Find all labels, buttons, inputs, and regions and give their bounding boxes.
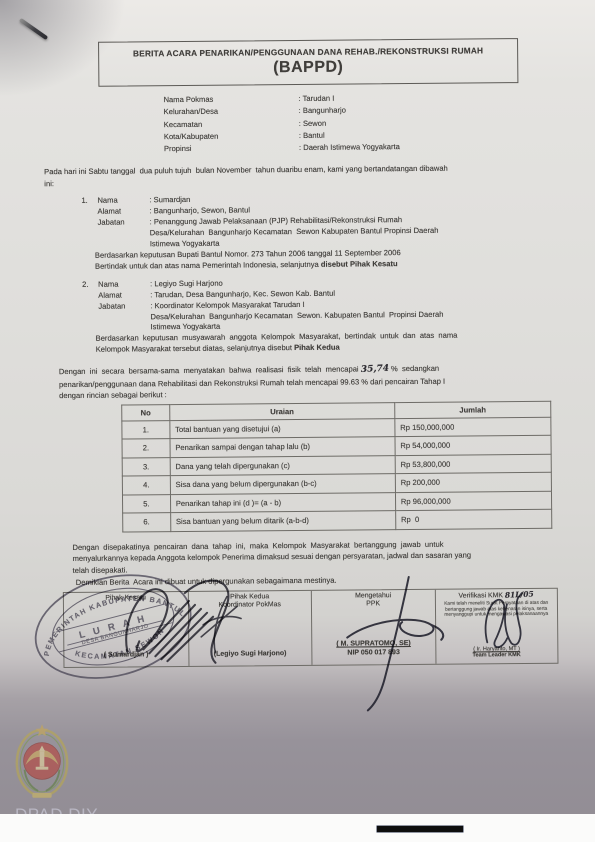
party2-block: 2. Nama : Legiyo Sugi Harjono Alamat : T… <box>82 276 553 356</box>
party2-acting-bold: Pihak Kedua <box>294 343 340 352</box>
field-value: : Tarudan I <box>298 94 334 103</box>
verifikasi-note: Kami telah meneliti Surat Pernyataan di … <box>435 600 557 619</box>
signature-cell-pihak-kesatu: Pihak Kesatu ( Sumardjan ) <box>64 592 188 667</box>
title-team-leader-kmk: Team Leader KMK <box>436 652 558 660</box>
subrole-koordinator-pokmas: Koordinator PokMas <box>188 601 311 611</box>
party1-acting-prefix: Bertindak untuk dan atas nama Pemerintah… <box>95 260 321 271</box>
signature-cell-pihak-kedua: Pihak Kedua Koordinator PokMas (Legiyo S… <box>187 591 311 666</box>
nip-supratomo: NIP 050 017 893 <box>312 649 435 659</box>
cell-uraian: Dana yang telah dipergunakan (c) <box>170 455 395 475</box>
cell-no: 1. <box>122 420 170 439</box>
handwritten-percentage: 35,74 <box>360 364 389 377</box>
field-value: : Daerah Istimewa Yogyakarta <box>299 142 400 152</box>
col-header-jumlah: Jumlah <box>395 401 551 418</box>
field-value: : Bangunharjo <box>299 106 346 115</box>
spacer <box>82 229 98 240</box>
name-kmk-block: ( Ir. Haryanto, MT ) Team Leader KMK <box>436 645 558 659</box>
signature-cell-mengetahui: Mengetahui PPK ( M. SUPRATOMO, SE) NIP 0… <box>311 589 435 664</box>
document-subtitle: (BAPPD) <box>103 57 513 79</box>
realization-prefix: Dengan ini secara bersama-sama menyataka… <box>59 365 361 377</box>
cell-uraian: Sisa bantuan yang belum ditarik (a-b-d) <box>170 511 395 531</box>
cell-uraian: Penarikan sampai dengan tahap lalu (b) <box>170 437 395 457</box>
name-legiyo-sugi-harjono: (Legiyo Sugi Harjono) <box>189 650 312 660</box>
table-row: 6. Sisa bantuan yang belum ditarik (a-b-… <box>123 509 552 531</box>
cell-uraian: Penarikan tahap ini (d )= (a - b) <box>170 492 395 512</box>
col-header-uraian: Uraian <box>169 402 394 420</box>
handwritten-kmk-code: 81L/05 <box>505 590 534 600</box>
cell-no: 5. <box>122 494 170 513</box>
scan-bottom-margin <box>0 814 595 842</box>
field-label: Kota/Kabupaten <box>164 131 299 141</box>
spacer <box>82 240 98 251</box>
closing-paragraph: Dengan disepakatinya pencairan dana taha… <box>72 537 572 576</box>
role-verifikasi-kmk: Verifikasi KMK <box>458 592 502 599</box>
cell-uraian: Total bantuan yang disetujui (a) <box>170 418 395 438</box>
field-label: Propinsi <box>164 143 299 153</box>
yogyakarta-emblem-icon <box>13 718 71 802</box>
party1-acting-bold: disebut Pihak Kesatu <box>321 259 398 269</box>
party1-nama-label: Nama <box>97 196 149 207</box>
cell-no: 3. <box>122 457 170 476</box>
party1-block: 1. Nama : Sumardjan Alamat : Bangunharjo… <box>81 192 552 272</box>
cell-jumlah: Rp 0 <box>395 509 551 529</box>
signature-cell-verifikasi-kmk: Verifikasi KMK 81L/05 Kami telah menelit… <box>434 588 557 663</box>
party2-jabatan-label: Jabatan <box>98 301 150 312</box>
cell-no: 2. <box>122 439 170 458</box>
cell-no: 6. <box>123 513 171 532</box>
role-pihak-kesatu: Pihak Kesatu <box>64 594 188 604</box>
party1-alamat-label: Alamat <box>97 207 149 218</box>
realization-paragraph: Dengan ini secara bersama-sama menyataka… <box>59 362 564 402</box>
cell-jumlah: Rp 200,000 <box>395 472 551 492</box>
spacer <box>82 290 98 301</box>
spacer <box>82 301 98 312</box>
party2-number: 2. <box>82 280 98 291</box>
field-value: : Bantul <box>299 131 325 140</box>
header-fields: Nama Pokmas : Tarudan I Kelurahan/Desa :… <box>164 91 595 156</box>
redaction-bar <box>377 826 463 832</box>
cell-uraian: Sisa dana yang belum dipergunakan (b-c) <box>170 474 395 494</box>
field-value: : Sewon <box>299 118 327 127</box>
cell-no: 4. <box>122 476 170 495</box>
amounts-table: No Uraian Jumlah 1. Total bantuan yang d… <box>121 400 552 532</box>
document-content: BERITA ACARA PENARIKAN/PENGGUNAAN DANA R… <box>0 0 595 668</box>
spacer <box>98 312 150 323</box>
signature-table: Pihak Kesatu ( Sumardjan ) Pihak Kedua K… <box>63 587 559 667</box>
spacer <box>98 228 150 239</box>
field-label: Nama Pokmas <box>164 94 299 104</box>
col-header-no: No <box>122 404 170 420</box>
party2-nama-label: Nama <box>98 279 150 290</box>
cell-jumlah: Rp 150,000,000 <box>395 417 551 437</box>
spacer <box>82 218 98 229</box>
name-supratomo-block: ( M. SUPRATOMO, SE) NIP 050 017 893 <box>312 640 435 658</box>
signature-block: Pihak Kesatu ( Sumardjan ) Pihak Kedua K… <box>63 587 559 667</box>
cell-jumlah: Rp 54,000,000 <box>395 435 551 455</box>
spacer <box>98 323 150 334</box>
party2-acting-prefix: Kelompok Masyarakat tersebut diatas, sel… <box>96 343 294 354</box>
party1-number: 1. <box>81 196 97 207</box>
subrole-ppk: PPK <box>312 600 435 610</box>
field-propinsi: Propinsi : Daerah Istimewa Yogyakarta <box>164 141 594 157</box>
opening-paragraph: Pada hari ini Sabtu tanggal dua puluh tu… <box>44 162 574 190</box>
spacer <box>82 312 98 323</box>
name-sumardjan: ( Sumardjan ) <box>64 651 188 661</box>
document-title-box: BERITA ACARA PENARIKAN/PENGGUNAAN DANA R… <box>98 38 518 87</box>
cell-jumlah: Rp 96,000,000 <box>395 491 551 511</box>
spacer <box>82 323 98 334</box>
realization-suffix: % sedangkan <box>389 364 439 373</box>
spacer <box>98 239 150 250</box>
spacer <box>81 207 97 218</box>
cell-jumlah: Rp 53,800,000 <box>395 454 551 474</box>
party2-alamat-label: Alamat <box>98 290 150 301</box>
party1-jabatan-label: Jabatan <box>98 218 150 229</box>
field-label: Kecamatan <box>164 119 299 129</box>
scanned-document-page: BERITA ACARA PENARIKAN/PENGGUNAAN DANA R… <box>0 0 595 842</box>
field-label: Kelurahan/Desa <box>164 106 299 116</box>
